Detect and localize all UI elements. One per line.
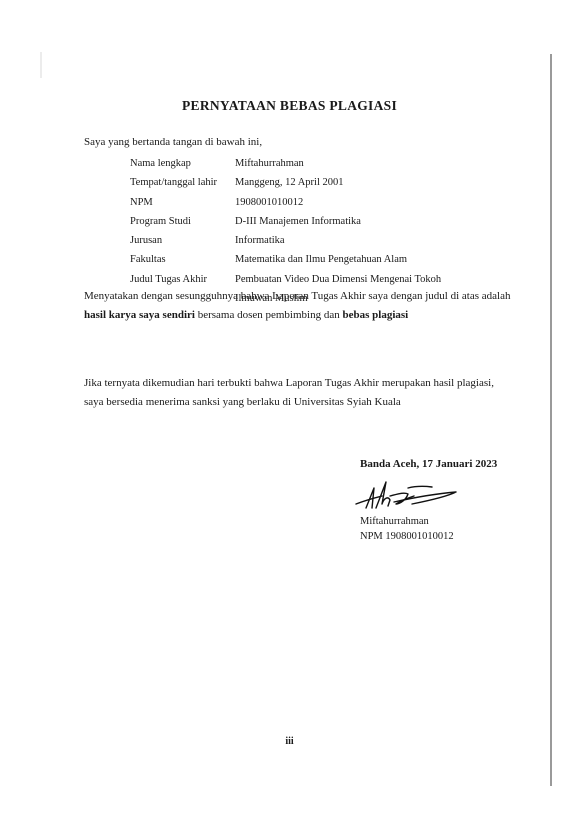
identity-label: NPM (130, 193, 235, 212)
scan-artifact (40, 52, 42, 78)
identity-label: Jurusan (130, 231, 235, 250)
intro-text: Saya yang bertanda tangan di bawah ini, (84, 136, 262, 148)
statement-text: Menyatakan dengan sesungguhnya bahwa Lap… (84, 290, 510, 302)
signatory-npm: NPM 1908001010012 (360, 529, 497, 544)
statement-paragraph: Menyatakan dengan sesungguhnya bahwa Lap… (84, 287, 514, 324)
statement-emphasis-plagiarism-free: bebas plagiasi (343, 309, 409, 321)
statement-emphasis-own-work: hasil karya saya sendiri (84, 309, 195, 321)
identity-label: Program Studi (130, 212, 235, 231)
consequence-paragraph: Jika ternyata dikemudian hari terbukti b… (84, 374, 514, 411)
page-edge-line (550, 54, 552, 786)
identity-value: Miftahurrahman (235, 154, 445, 173)
identity-row-name: Nama lengkap Miftahurrahman (130, 154, 445, 173)
signatory-name: Miftahurrahman (360, 514, 497, 529)
identity-value: Manggeng, 12 April 2001 (235, 173, 445, 192)
statement-text: bersama dosen pembimbing dan (195, 309, 343, 321)
page-number: iii (0, 736, 579, 747)
identity-row-birth: Tempat/tanggal lahir Manggeng, 12 April … (130, 173, 445, 192)
identity-value: D-III Manajemen Informatika (235, 212, 445, 231)
identity-row-department: Jurusan Informatika (130, 231, 445, 250)
identity-table: Nama lengkap Miftahurrahman Tempat/tangg… (130, 154, 445, 308)
document-title: PERNYATAAN BEBAS PLAGIASI (0, 98, 579, 114)
identity-label: Nama lengkap (130, 154, 235, 173)
identity-label: Tempat/tanggal lahir (130, 173, 235, 192)
identity-label: Fakultas (130, 250, 235, 269)
place-date: Banda Aceh, 17 Januari 2023 (360, 458, 497, 470)
signature-block: Banda Aceh, 17 Januari 2023 Miftahurrahm… (360, 458, 497, 544)
identity-value: Matematika dan Ilmu Pengetahuan Alam (235, 250, 445, 269)
identity-row-faculty: Fakultas Matematika dan Ilmu Pengetahuan… (130, 250, 445, 269)
handwritten-signature-icon (352, 474, 462, 516)
identity-value: Informatika (235, 231, 445, 250)
identity-row-program: Program Studi D-III Manajemen Informatik… (130, 212, 445, 231)
identity-value: 1908001010012 (235, 193, 445, 212)
identity-row-npm: NPM 1908001010012 (130, 193, 445, 212)
